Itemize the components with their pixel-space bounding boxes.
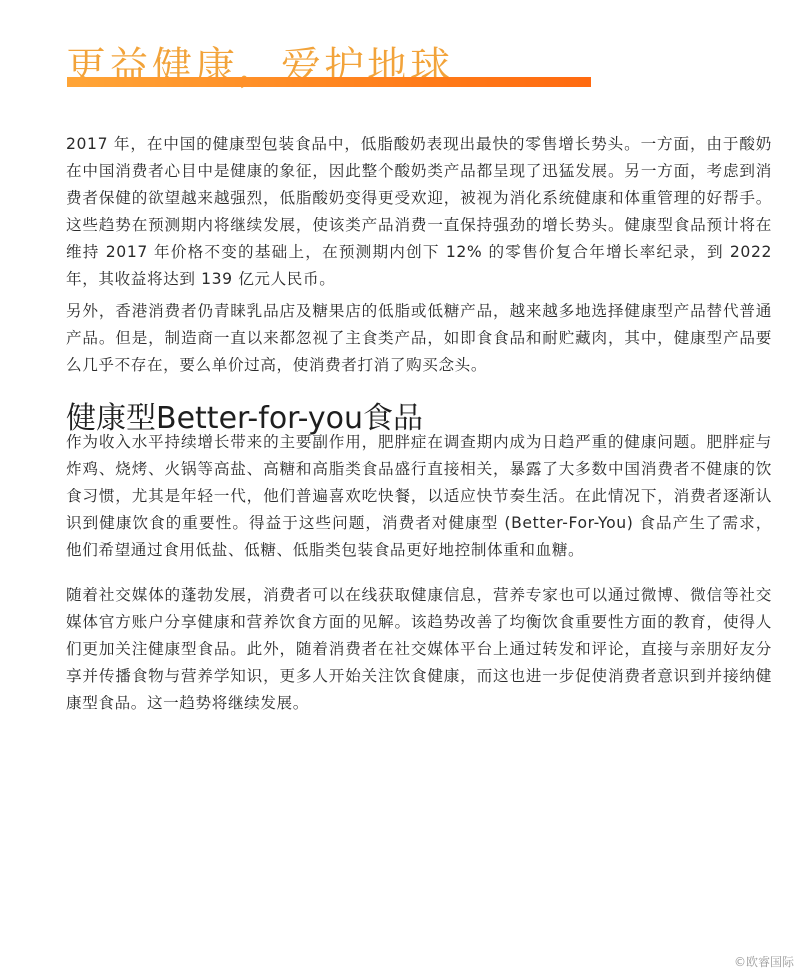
- paragraph-obesity: 作为收入水平持续增长带来的主要副作用，肥胖症在调查期内成为日趋严重的健康问题。肥…: [66, 429, 772, 564]
- paragraph-hong-kong-consumers: 另外，香港消费者仍青睐乳品店及糖果店的低脂或低糖产品，越来越多地选择健康型产品替…: [66, 298, 772, 379]
- paragraph-social-media: 随着社交媒体的蓬勃发展，消费者可以在线获取健康信息，营养专家也可以通过微博、微信…: [66, 582, 772, 717]
- paragraph-low-fat-yogurt: 2017 年，在中国的健康型包装食品中，低脂酸奶表现出最快的零售增长势头。一方面…: [66, 131, 772, 293]
- copyright-watermark: ©欧睿国际: [734, 953, 794, 970]
- title-underline-bar: [67, 77, 591, 87]
